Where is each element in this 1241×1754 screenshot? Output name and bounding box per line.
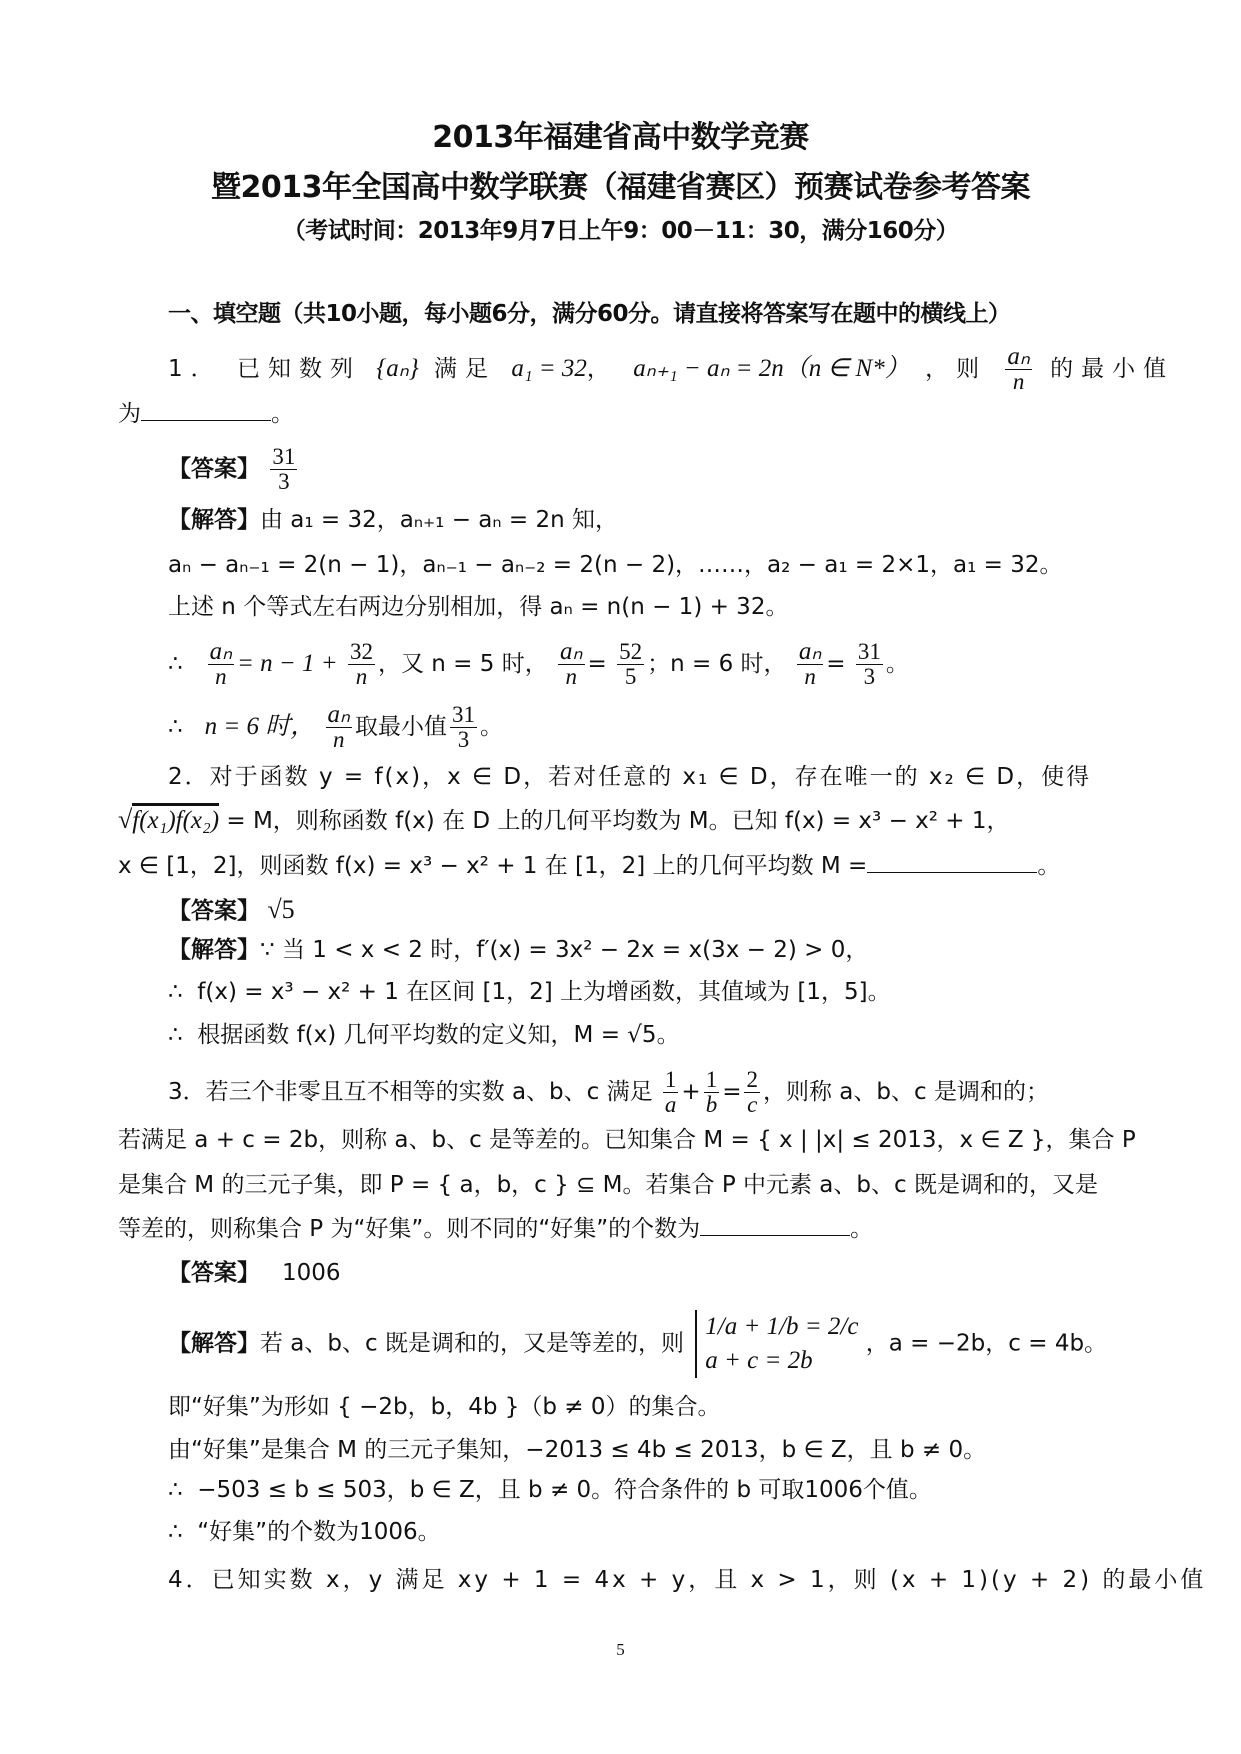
problem-1-stem: 1． 已知数列 {aₙ} 满足 a₁ = 32， aₙ₊₁ − aₙ = 2n（…: [168, 345, 1174, 394]
solution-label: 【解答】: [168, 937, 260, 963]
answer-fraction: 31 3: [270, 445, 297, 494]
answer-blank: [700, 1213, 850, 1236]
problem-1-solution-5: ∴ n = 6 时， aₙn取最小值313。: [168, 703, 503, 752]
exam-time-info: （考试时间：2013年9月7日上午9：00－11：30，满分160分）: [0, 212, 1241, 245]
problem-4-stem-1: 4．已知实数 x，y 满足 xy + 1 = 4x + y，且 x > 1，则 …: [168, 1565, 1206, 1595]
problem-3-stem-2: 若满足 a + c = 2b，则称 a、b、c 是等差的。已知集合 M = { …: [118, 1125, 1136, 1155]
problem-2-solution-3: ∴ 根据函数 f(x) 几何平均数的定义知，M = √5。: [168, 1020, 680, 1050]
problem-2-solution-1: 【解答】∵ 当 1 < x < 2 时，f′(x) = 3x² − 2x = x…: [168, 935, 868, 965]
document-page: 2013年福建省高中数学竞赛 暨2013年全国高中数学联赛（福建省赛区）预赛试卷…: [0, 0, 1241, 1754]
problem-1-solution-1: 【解答】由 a₁ = 32，aₙ₊₁ − aₙ = 2n 知，: [168, 505, 618, 535]
answer-label: 【答案】: [168, 898, 260, 924]
problem-3-stem-3: 是集合 M 的三元子集，即 P = { a，b，c } ⊆ M。若集合 P 中元…: [118, 1170, 1098, 1200]
problem-1-solution-2: aₙ − aₙ₋₁ = 2(n − 1)，aₙ₋₁ − aₙ₋₂ = 2(n −…: [168, 550, 1062, 580]
problem-1-stem-cont: 为。: [118, 398, 294, 429]
problem-3-stem-4: 等差的，则称集合 P 为“好集”。则不同的“好集”的个数为。: [118, 1213, 873, 1244]
problem-2-stem-2: √f(x₁)f(x₂) = M，则称函数 f(x) 在 D 上的几何平均数为 M…: [118, 805, 1010, 836]
problem-3-solution-4: ∴ −503 ≤ b ≤ 503，b ∈ Z，且 b ≠ 0。符合条件的 b 可…: [168, 1475, 932, 1505]
problem-number: 1．: [168, 356, 222, 382]
answer-blank: [141, 398, 271, 421]
problem-number: 3．: [168, 1079, 206, 1105]
problem-2-answer: 【答案】 √5: [168, 895, 295, 926]
problem-2-solution-2: ∴ f(x) = x³ − x² + 1 在区间 [1，2] 上为增函数，其值域…: [168, 977, 891, 1007]
equation-system: 1/a + 1/b = 2/c a + c = 2b: [695, 1310, 858, 1378]
problem-3-answer: 【答案】 1006: [168, 1258, 340, 1288]
document-subtitle: 暨2013年全国高中数学联赛（福建省赛区）预赛试卷参考答案: [0, 162, 1241, 206]
problem-number: 4．: [168, 1567, 212, 1593]
problem-3-solution-3: 由“好集”是集合 M 的三元子集知，−2013 ≤ 4b ≤ 2013，b ∈ …: [168, 1435, 986, 1465]
answer-label: 【答案】: [168, 456, 260, 482]
problem-3-solution-1: 【解答】若 a、b、c 既是调和的，又是等差的，则 1/a + 1/b = 2/…: [168, 1310, 1107, 1378]
answer-blank: [867, 850, 1037, 873]
problem-3-solution-2: 即“好集”为形如 { −2b，b，4b }（b ≠ 0）的集合。: [168, 1392, 721, 1422]
problem-3-solution-5: ∴ “好集”的个数为1006。: [168, 1517, 441, 1547]
problem-1-answer: 【答案】 31 3: [168, 445, 300, 494]
solution-label: 【解答】: [168, 507, 260, 533]
problem-2-stem-1: 2．对于函数 y = f(x)，x ∈ D，若对任意的 x₁ ∈ D，存在唯一的…: [168, 762, 1091, 792]
problem-2-stem-3: x ∈ [1，2]，则函数 f(x) = x³ − x² + 1 在 [1，2]…: [118, 850, 1060, 881]
problem-3-stem-1: 3．若三个非零且互不相等的实数 a、b、c 满足 1a+1b=2c，则称 a、b…: [168, 1068, 1049, 1117]
problem-number: 2．: [168, 764, 210, 790]
sqrt-expression: √f(x₁)f(x₂): [118, 805, 219, 834]
section-heading: 一、填空题（共10小题，每小题6分，满分60分。请直接将答案写在题中的横线上）: [168, 295, 1011, 328]
answer-label: 【答案】: [168, 1260, 260, 1286]
problem-1-solution-3: 上述 n 个等式左右两边分别相加，得 aₙ = n(n − 1) + 32。: [168, 592, 788, 622]
problem-1-solution-4: ∴ aₙn= n − 1 + 32n，又 n = 5 时， aₙn= 525；n…: [168, 640, 909, 689]
page-number: 5: [0, 1640, 1241, 1660]
fraction: aₙ n: [1005, 345, 1031, 394]
document-title: 2013年福建省高中数学竞赛: [0, 112, 1241, 156]
solution-label: 【解答】: [168, 1331, 260, 1357]
